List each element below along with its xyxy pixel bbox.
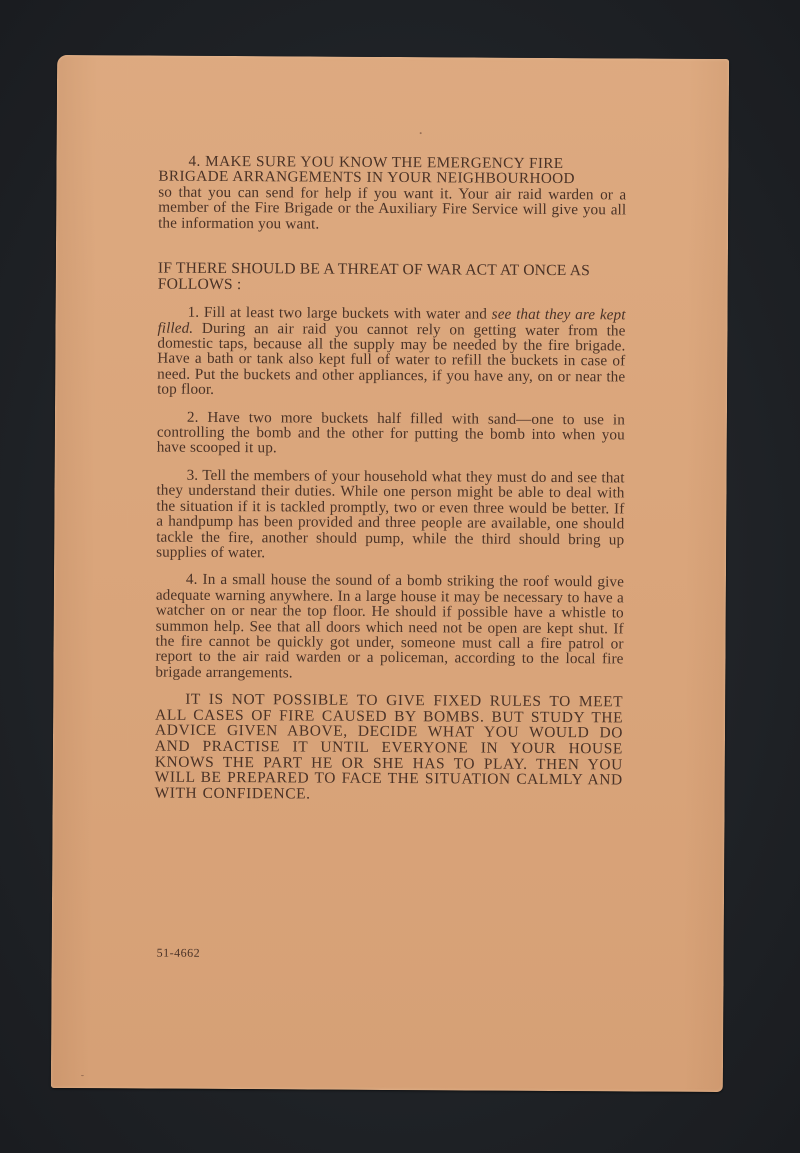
leaflet-page: 4. MAKE SURE YOU KNOW THE EMERGENCY FIRE… xyxy=(51,55,729,1092)
emergency-arrangements-paragraph: 4. MAKE SURE YOU KNOW THE EMERGENCY FIRE… xyxy=(158,154,626,234)
item-text: Tell the members of your household what … xyxy=(156,467,625,561)
closing-statement: IT IS NOT POSSIBLE TO GIVE FIXED RULES T… xyxy=(155,692,624,804)
item-text: In a small house the sound of a bomb str… xyxy=(155,571,624,681)
item-text: During an air raid you cannot rely on ge… xyxy=(157,319,625,398)
item-text: Have two more buckets half filled with s… xyxy=(157,409,625,457)
paper-speck xyxy=(420,132,422,134)
instruction-item-1: 1. Fill at least two large buckets with … xyxy=(157,305,626,400)
emergency-body: so that you can send for help if you wan… xyxy=(158,183,626,232)
threat-of-war-heading: IF THERE SHOULD BE A THREAT OF WAR ACT A… xyxy=(158,261,626,295)
paper-speck xyxy=(81,1075,84,1076)
leaflet-text: 4. MAKE SURE YOU KNOW THE EMERGENCY FIRE… xyxy=(155,154,627,804)
closing-text: IT IS NOT POSSIBLE TO GIVE FIXED RULES T… xyxy=(155,691,624,802)
instruction-item-2: 2. Have two more buckets half filled wit… xyxy=(157,409,625,458)
print-code: 51-4662 xyxy=(157,946,201,961)
instruction-item-4: 4. In a small house the sound of a bomb … xyxy=(155,572,624,683)
instruction-item-3: 3. Tell the members of your household wh… xyxy=(156,467,625,562)
